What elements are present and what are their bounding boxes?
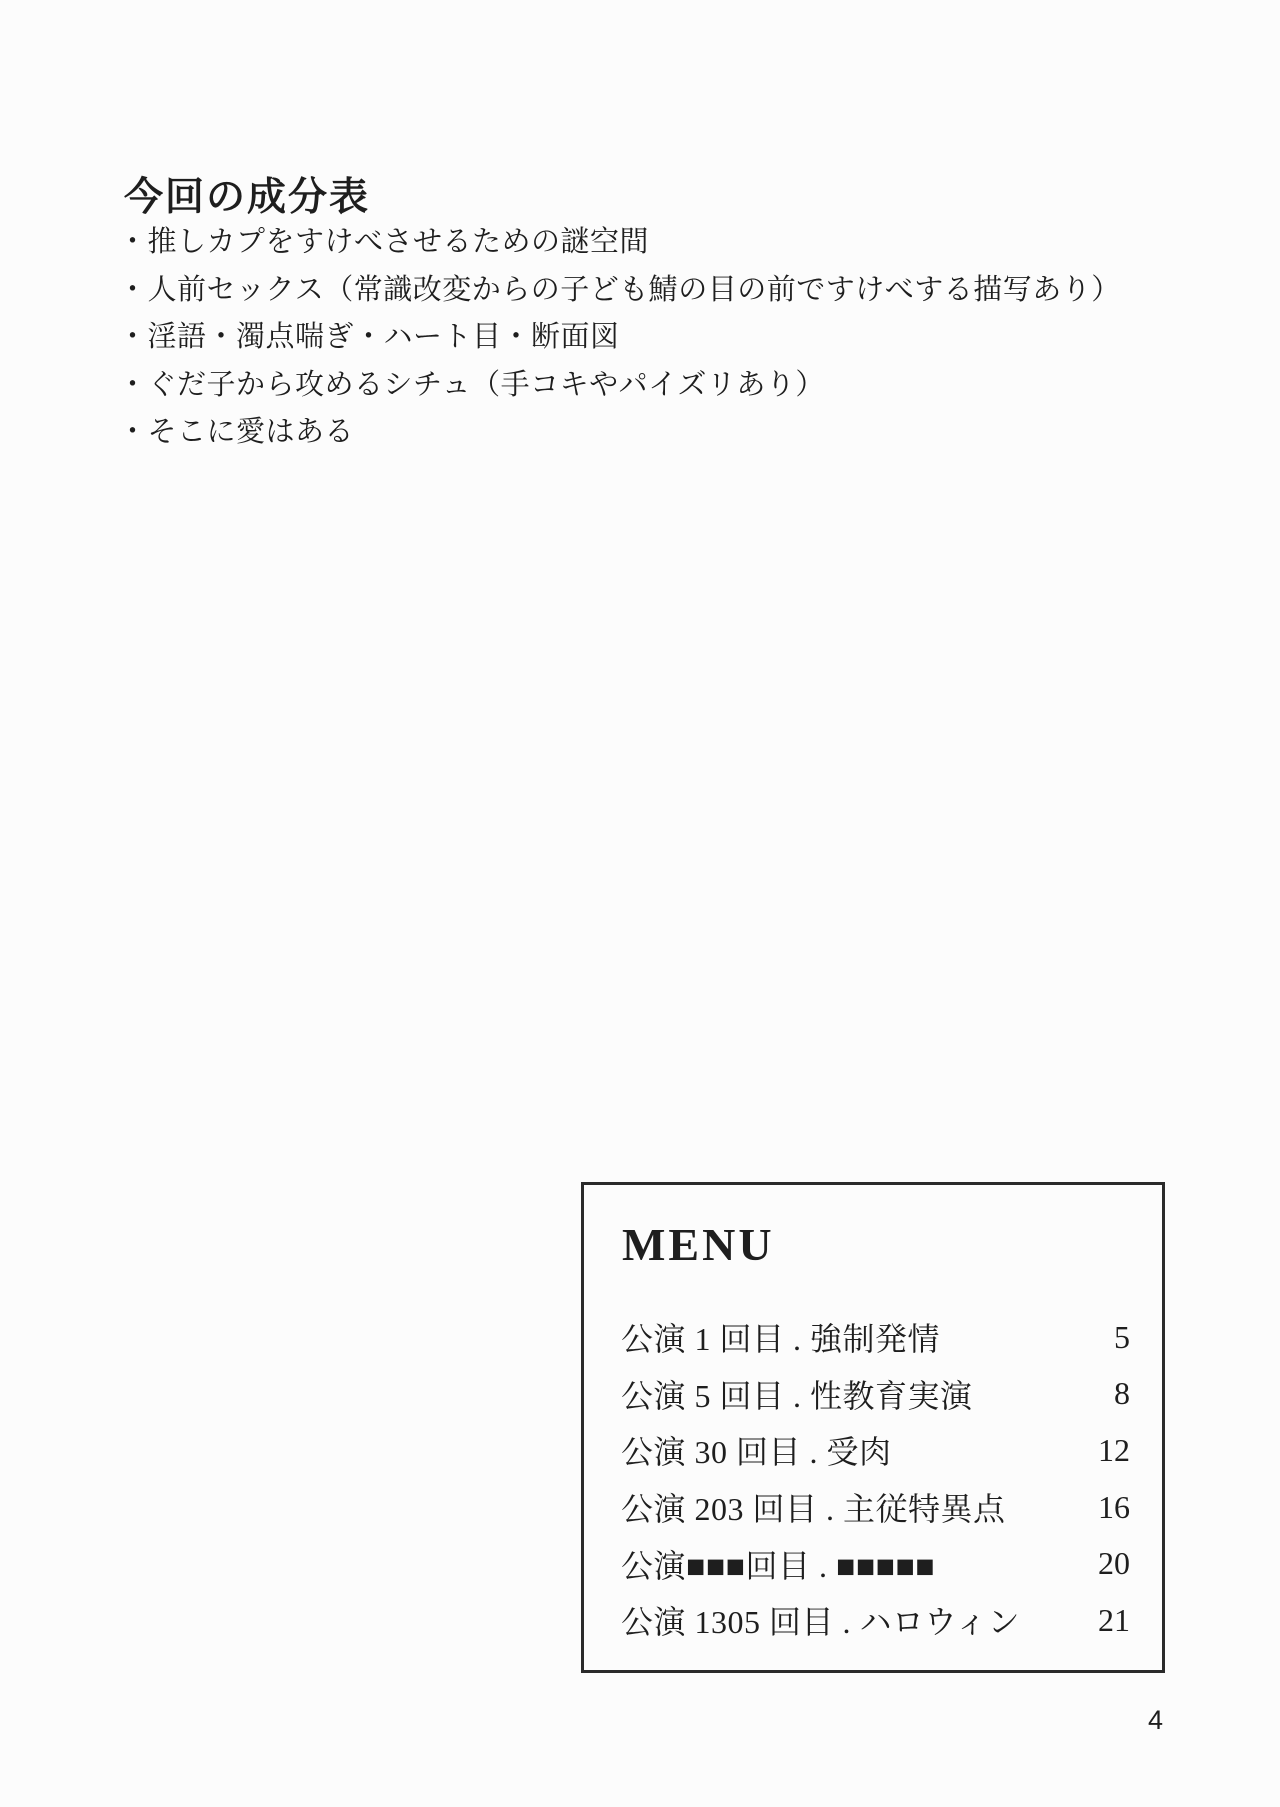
toc-label: 公演 1 回目 . 強制発情 [621, 1314, 940, 1360]
page-heading: 今回の成分表 [124, 166, 370, 222]
toc-label: 公演 1305 回目 . ハロウィン [621, 1597, 1020, 1643]
toc-row: 公演 1305 回目 . ハロウィン 21 [621, 1592, 1130, 1649]
menu-box: MENU 公演 1 回目 . 強制発情 5 公演 5 回目 . 性教育実演 8 … [581, 1182, 1165, 1673]
toc-row: 公演 30 回目 . 受肉 12 [621, 1422, 1130, 1479]
toc-label: 公演 5 回目 . 性教育実演 [621, 1371, 973, 1417]
document-page: 今回の成分表 ・推しカプをすけべさせるための謎空間 ・人前セックス（常識改変から… [0, 0, 1280, 1807]
bullet-item: ・人前セックス（常識改変からの子ども鯖の目の前ですけべする描写あり） [118, 267, 1121, 315]
bullet-item: ・淫語・濁点喘ぎ・ハート目・断面図 [118, 314, 1121, 362]
table-of-contents: 公演 1 回目 . 強制発情 5 公演 5 回目 . 性教育実演 8 公演 30… [621, 1309, 1130, 1649]
toc-row: 公演 1 回目 . 強制発情 5 [621, 1309, 1130, 1366]
menu-title: MENU [622, 1218, 775, 1271]
page-number: 4 [1148, 1705, 1163, 1736]
toc-row: 公演 5 回目 . 性教育実演 8 [621, 1366, 1130, 1423]
toc-page-number: 20 [1098, 1545, 1130, 1582]
toc-page-number: 8 [1114, 1375, 1130, 1412]
toc-page-number: 12 [1098, 1432, 1130, 1469]
toc-label: 公演 203 回目 . 主従特異点 [621, 1484, 1006, 1530]
toc-label: 公演■■■回目 . ■■■■■ [621, 1541, 935, 1587]
content-warning-list: ・推しカプをすけべさせるための謎空間 ・人前セックス（常識改変からの子ども鯖の目… [118, 219, 1121, 457]
toc-label: 公演 30 回目 . 受肉 [621, 1427, 892, 1473]
toc-row: 公演 203 回目 . 主従特異点 16 [621, 1479, 1130, 1536]
toc-row: 公演■■■回目 . ■■■■■ 20 [621, 1535, 1130, 1592]
toc-page-number: 21 [1098, 1602, 1130, 1639]
bullet-item: ・推しカプをすけべさせるための謎空間 [118, 219, 1121, 267]
toc-page-number: 16 [1098, 1489, 1130, 1526]
toc-page-number: 5 [1114, 1319, 1130, 1356]
bullet-item: ・ぐだ子から攻めるシチュ（手コキやパイズリあり） [118, 362, 1121, 410]
bullet-item: ・そこに愛はある [118, 409, 1121, 457]
